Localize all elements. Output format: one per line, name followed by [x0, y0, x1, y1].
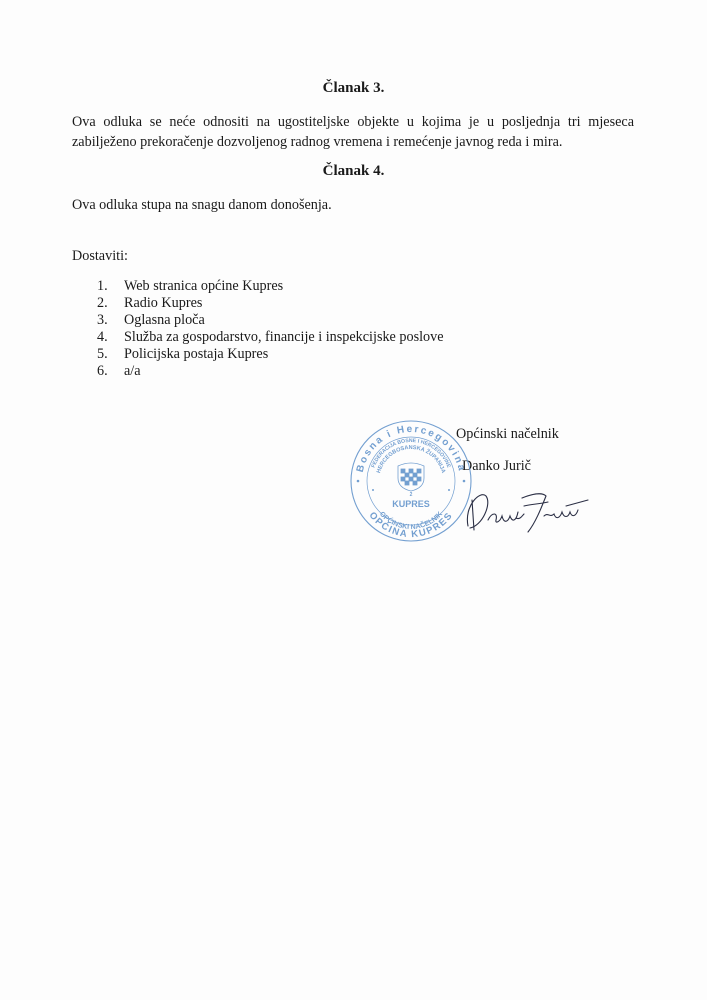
list-text: a/a	[124, 363, 141, 380]
article-3-body: Ova odluka se neće odnositi na ugostitel…	[72, 112, 634, 152]
official-stamp: Bosna i Hercegovina FEDERACIJA BOSNE I H…	[348, 418, 474, 544]
list-text: Radio Kupres	[124, 295, 202, 312]
article-3-line-2: zabilježeno prekoračenje dozvoljenog rad…	[72, 134, 562, 150]
list-number: 4.	[97, 329, 124, 346]
article-3-line-1: Ova odluka se neće odnositi na ugostitel…	[72, 112, 634, 132]
list-item: 6.a/a	[97, 363, 444, 380]
list-number: 5.	[97, 346, 124, 363]
list-text: Služba za gospodarstvo, financije i insp…	[124, 329, 444, 346]
document-page: Članak 3. Ova odluka se neće odnositi na…	[0, 0, 707, 1000]
list-number: 6.	[97, 363, 124, 380]
list-number: 2.	[97, 295, 124, 312]
stamp-text-town: KUPRES	[392, 499, 430, 509]
list-item: 4.Služba za gospodarstvo, financije i in…	[97, 329, 444, 346]
list-text: Oglasna ploča	[124, 312, 205, 329]
coat-of-arms-icon	[398, 463, 424, 491]
list-item: 2.Radio Kupres	[97, 295, 444, 312]
list-item: 3.Oglasna ploča	[97, 312, 444, 329]
list-item: 1.Web stranica općine Kupres	[97, 278, 444, 295]
list-text: Web stranica općine Kupres	[124, 278, 283, 295]
article-3-heading: Članak 3.	[0, 80, 707, 97]
list-number: 3.	[97, 312, 124, 329]
distribution-list: 1.Web stranica općine Kupres 2.Radio Kup…	[97, 278, 444, 380]
distribution-label: Dostaviti:	[72, 246, 634, 266]
list-number: 1.	[97, 278, 124, 295]
signature-icon	[462, 486, 592, 536]
list-text: Policijska postaja Kupres	[124, 346, 268, 363]
article-4-heading: Članak 4.	[0, 163, 707, 180]
article-4-body: Ova odluka stupa na snagu danom donošenj…	[72, 195, 634, 215]
list-item: 5.Policijska postaja Kupres	[97, 346, 444, 363]
stamp-number: 2	[410, 492, 413, 498]
